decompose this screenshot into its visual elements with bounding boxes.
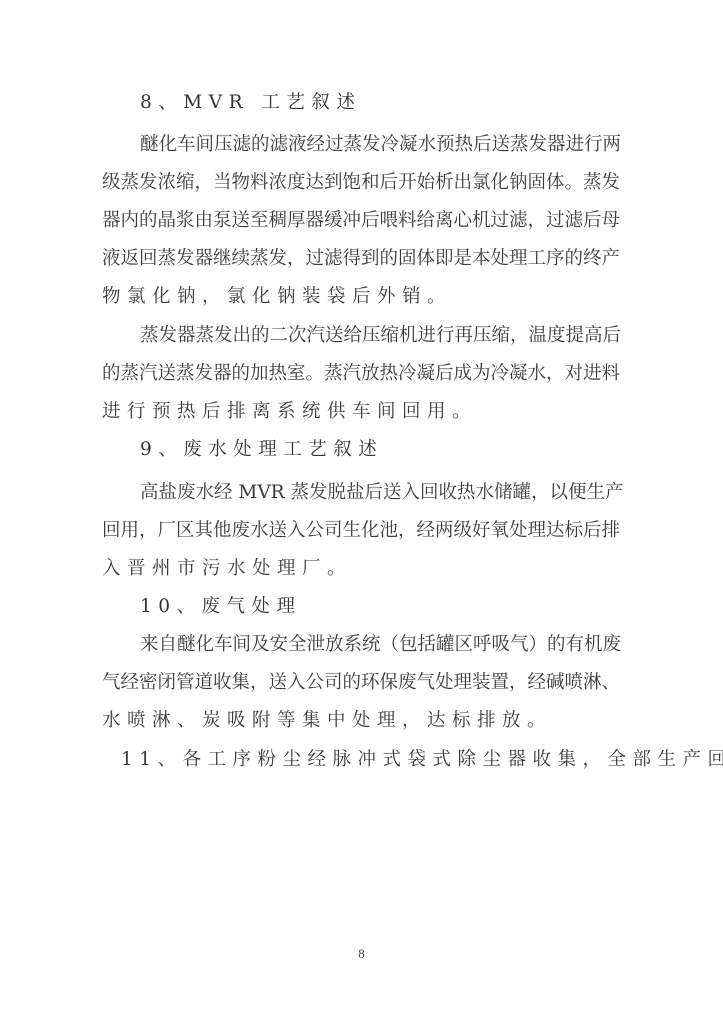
section-10-para-1-line-1: 来自醚化车间及安全泄放系统（包括罐区呼吸气）的有机废 xyxy=(140,630,614,660)
section-10-heading: 10、废气处理 xyxy=(140,592,614,622)
section-10-para-1-line-2: 气经密闭管道收集，送入公司的环保废气处理装置，经碱喷淋、 xyxy=(102,668,614,698)
section-8-para-1-line-1: 醚化车间压滤的滤液经过蒸发冷凝水预热后送蒸发器进行两 xyxy=(140,130,614,160)
section-9-para-1-line-1: 高盐废水经 MVR 蒸发脱盐后送入回收热水储罐，以便生产 xyxy=(140,478,614,508)
section-9-heading: 9、废水处理工艺叙述 xyxy=(140,435,614,465)
item-11-text: 11、各工序粉尘经脉冲式袋式除尘器收集，全部生产回用。 xyxy=(121,745,633,775)
section-8-para-1-line-4: 液返回蒸发器继续蒸发，过滤得到的固体即是本处理工序的终产 xyxy=(102,244,614,274)
section-8-para-2-line-3: 进行预热后排离系统供车间回用。 xyxy=(102,397,614,427)
section-8-para-2-line-1: 蒸发器蒸发出的二次汽送给压缩机进行再压缩，温度提高后 xyxy=(140,321,614,351)
section-8-para-1-line-5: 物氯化钠，氯化钠装袋后外销。 xyxy=(102,282,614,312)
section-8-para-1-line-3: 器内的晶浆由泵送至稠厚器缓冲后喂料给离心机过滤，过滤后母 xyxy=(102,206,614,236)
section-8-heading: 8、MVR 工艺叙述 xyxy=(140,88,614,118)
section-9-para-1-line-2: 回用，厂区其他废水送入公司生化池，经两级好氧处理达标后排 xyxy=(102,516,614,546)
section-8-para-1-line-2: 级蒸发浓缩，当物料浓度达到饱和后开始析出氯化钠固体。蒸发 xyxy=(102,168,614,198)
section-10-para-1-line-3: 水喷淋、炭吸附等集中处理，达标排放。 xyxy=(102,706,614,736)
document-page: 8、MVR 工艺叙述 醚化车间压滤的滤液经过蒸发冷凝水预热后送蒸发器进行两 级蒸… xyxy=(0,0,723,1024)
section-8-para-2-line-2: 的蒸汽送蒸发器的加热室。蒸汽放热冷凝后成为冷凝水，对进料 xyxy=(102,359,614,389)
section-9-para-1-line-3: 入晋州市污水处理厂。 xyxy=(102,554,614,584)
page-number: 8 xyxy=(0,946,723,962)
